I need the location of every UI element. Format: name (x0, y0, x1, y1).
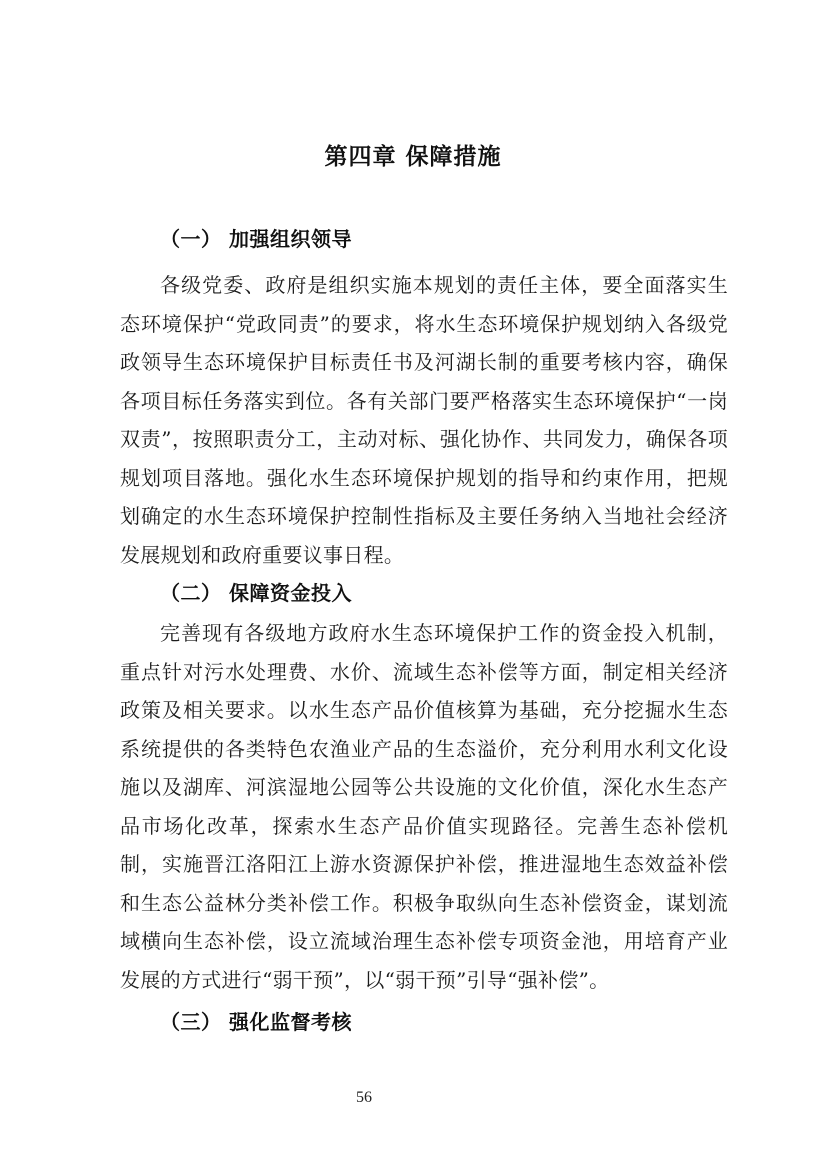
section-paragraph-1: 各级党委、政府是组织实施本规划的责任主体，要全面落实生态环境保护“党政同责”的要… (120, 254, 728, 574)
page-number: 56 (356, 1089, 372, 1106)
section-heading-1: （一） 加强组织领导 (120, 174, 728, 254)
section-heading-2: （二） 保障资金投入 (120, 574, 728, 608)
document-body: （一） 加强组织领导 各级党委、政府是组织实施本规划的责任主体，要全面落实生态环… (120, 174, 728, 1037)
page-footer: 56 (0, 1089, 728, 1107)
document-page: 第四章 保障措施 （一） 加强组织领导 各级党委、政府是组织实施本规划的责任主体… (0, 0, 826, 1169)
chapter-title: 第四章 保障措施 (0, 0, 826, 174)
section-paragraph-2: 完善现有各级地方政府水生态环境保护工作的资金投入机制，重点针对污水处理费、水价、… (120, 608, 728, 999)
section-heading-3: （三） 强化监督考核 (120, 999, 728, 1037)
